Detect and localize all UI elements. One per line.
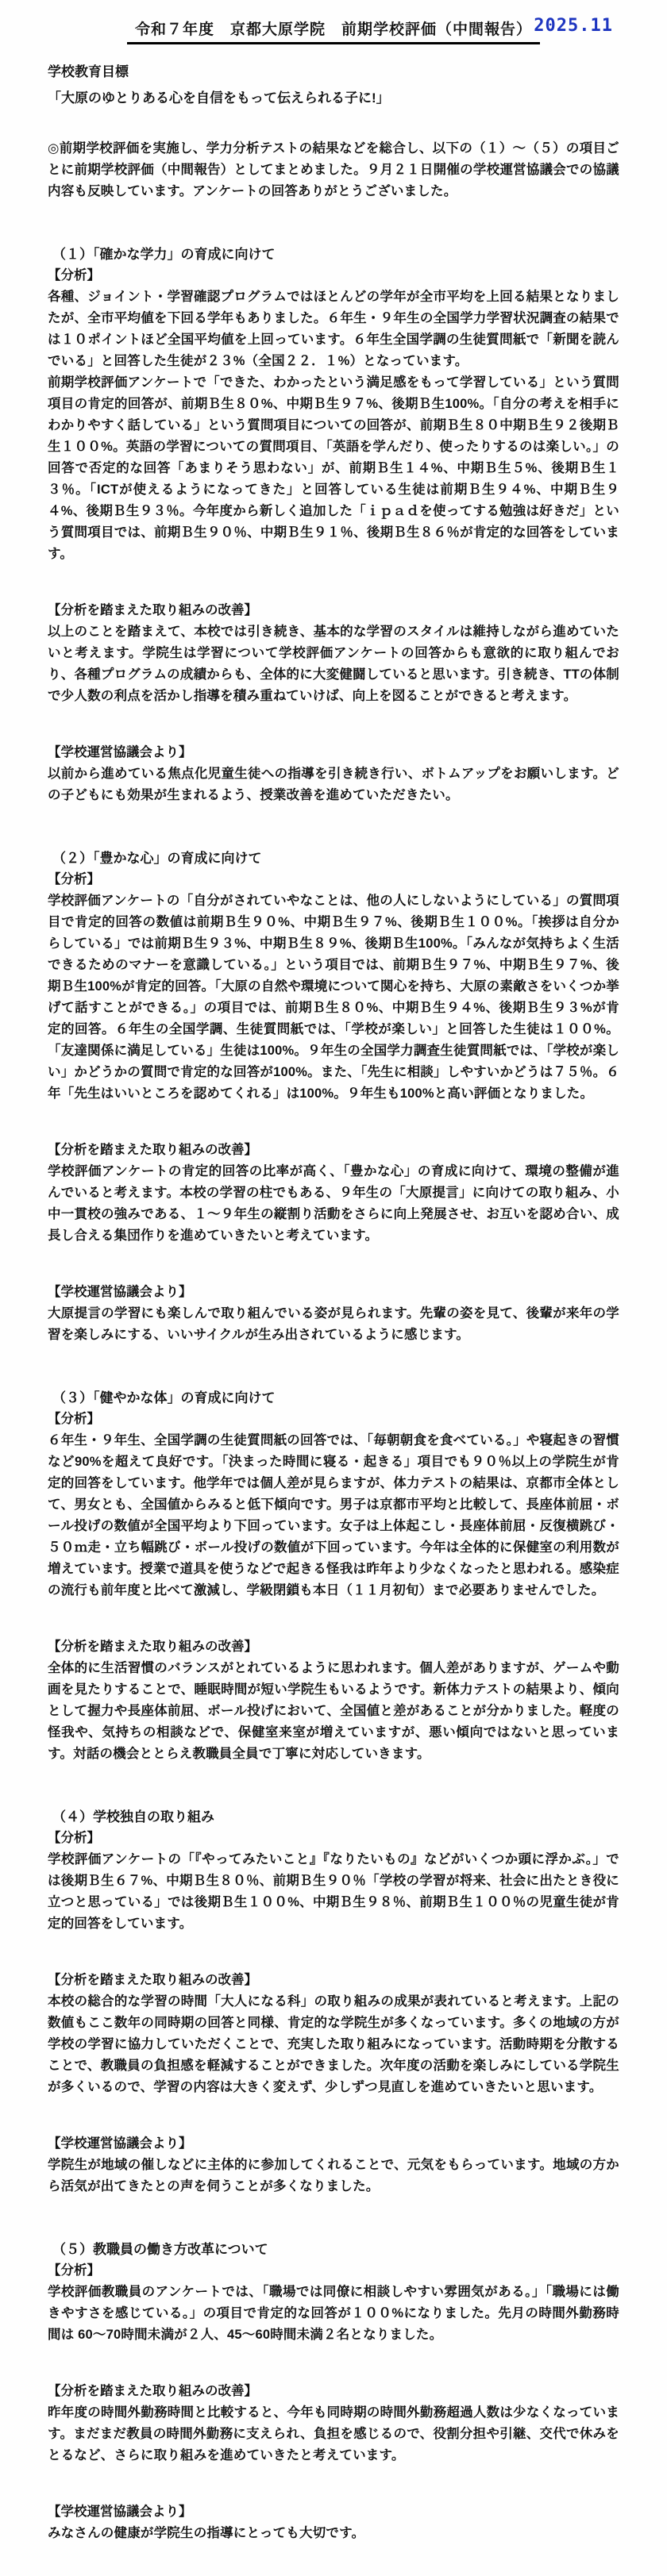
section-heading: （４）学校独自の取り組み xyxy=(48,1806,619,1828)
document-header: 令和７年度 京都大原学院 前期学校評価（中間報告） 2025.11 xyxy=(48,13,619,48)
block-label: 【分析】 xyxy=(48,869,619,890)
block-paragraph: 以上のことを踏まえて、本校では引き続き、基本的な学習のスタイルは維持しながら進め… xyxy=(48,621,619,707)
block-label: 【分析を踏まえた取り組みの改善】 xyxy=(48,1636,619,1658)
block-paragraph: 学院生が地域の催しなどに主体的に参加してくれることで、元気をもらっています。地域… xyxy=(48,2155,619,2197)
block-paragraph: 大原提言の学習にも楽しんで取り組んでいる姿が見られます。先輩の姿を見て、後輩が来… xyxy=(48,1303,619,1346)
school-goal: 学校教育目標 「大原のゆとりある心を自信をもって伝えられる子に!」 xyxy=(48,59,619,111)
block-paragraph: 全体的に生活習慣のバランスがとれているように思われます。個人差がありますが、ゲー… xyxy=(48,1658,619,1765)
school-goal-text: 「大原のゆとりある心を自信をもって伝えられる子に!」 xyxy=(48,85,619,111)
school-goal-label: 学校教育目標 xyxy=(48,59,619,85)
block-label: 【学校運営協議会より】 xyxy=(48,742,619,763)
block-paragraph: 前期学校評価アンケートで「できた、わかったという満足感をもって学習している」とい… xyxy=(48,372,619,565)
block-label: 【学校運営協議会より】 xyxy=(48,1282,619,1303)
section-heading: （５）教職員の働き方改革について xyxy=(48,2239,619,2260)
block-label: 【分析】 xyxy=(48,2260,619,2282)
block-paragraph: 以前から進めている焦点化児童生徒への指導を引き続き行い、ボトムアップをお願いしま… xyxy=(48,763,619,806)
block-paragraph: 学校評価アンケートの肯定的回答の比率が高く、「豊かな心」の育成に向けて、環境の整… xyxy=(48,1161,619,1247)
section-heading: （２）「豊かな心」の育成に向けて xyxy=(48,848,619,869)
block-label: 【分析】 xyxy=(48,265,619,286)
report-section: （３）「健やかな体」の育成に向けて【分析】６年生・９年生、全国学調の生徒質問紙の… xyxy=(48,1387,619,1765)
block-paragraph: みなさんの健康が学院生の指導にとっても大切です。 xyxy=(48,2523,619,2544)
block-label: 【分析を踏まえた取り組みの改善】 xyxy=(48,1970,619,1991)
report-section: （１）「確かな学力」の育成に向けて【分析】各種、ジョイント・学習確認プログラムで… xyxy=(48,244,619,806)
block-paragraph: 本校の総合的な学習の時間「大人になる科」の取り組みの成果が表れていると考えます。… xyxy=(48,1991,619,2098)
block-label: 【分析】 xyxy=(48,1828,619,1849)
block-paragraph: 学校評価アンケートの「自分がされていやなことは、他の人にしないようにしている」の… xyxy=(48,890,619,1105)
block-paragraph: 昨年度の時間外勤務時間と比較すると、今年も同時期の時間外勤務超過人数は少なくなっ… xyxy=(48,2402,619,2466)
report-section: （２）「豊かな心」の育成に向けて【分析】学校評価アンケートの「自分がされていやな… xyxy=(48,848,619,1346)
section-heading: （１）「確かな学力」の育成に向けて xyxy=(48,244,619,265)
sections-container: （１）「確かな学力」の育成に向けて【分析】各種、ジョイント・学習確認プログラムで… xyxy=(48,244,619,2544)
block-paragraph: 各種、ジョイント・学習確認プログラムではほとんどの学年が全市平均を上回る結果とな… xyxy=(48,286,619,372)
block-label: 【分析を踏まえた取り組みの改善】 xyxy=(48,600,619,621)
intro-paragraph: ◎前期学校評価を実施し、学力分析テストの結果などを総合し、以下の（１）～（５）の… xyxy=(48,138,619,202)
report-section: （４）学校独自の取り組み【分析】学校評価アンケートの「『やってみたいこと』『なり… xyxy=(48,1806,619,2197)
block-paragraph: ６年生・９年生、全国学調の生徒質問紙の回答では、「毎朝朝食を食べている。」や寝起… xyxy=(48,1430,619,1601)
block-label: 【分析を踏まえた取り組みの改善】 xyxy=(48,2381,619,2402)
block-paragraph: 学校評価アンケートの「『やってみたいこと』『なりたいもの』などがいくつか頭に浮か… xyxy=(48,1849,619,1935)
block-label: 【学校運営協議会より】 xyxy=(48,2501,619,2523)
section-heading: （３）「健やかな体」の育成に向けて xyxy=(48,1387,619,1409)
block-label: 【学校運営協議会より】 xyxy=(48,2133,619,2155)
report-section: （５）教職員の働き方改革について【分析】学校評価教職員のアンケートでは、「職場で… xyxy=(48,2239,619,2544)
block-label: 【分析】 xyxy=(48,1409,619,1430)
block-paragraph: 学校評価教職員のアンケートでは、「職場では同僚に相談しやすい雰囲気がある。」「職… xyxy=(48,2282,619,2346)
document-page: 令和７年度 京都大原学院 前期学校評価（中間報告） 2025.11 学校教育目標… xyxy=(0,0,667,2576)
page-title: 令和７年度 京都大原学院 前期学校評価（中間報告） xyxy=(127,17,540,44)
report-date: 2025.11 xyxy=(534,16,613,36)
block-label: 【分析を踏まえた取り組みの改善】 xyxy=(48,1140,619,1161)
